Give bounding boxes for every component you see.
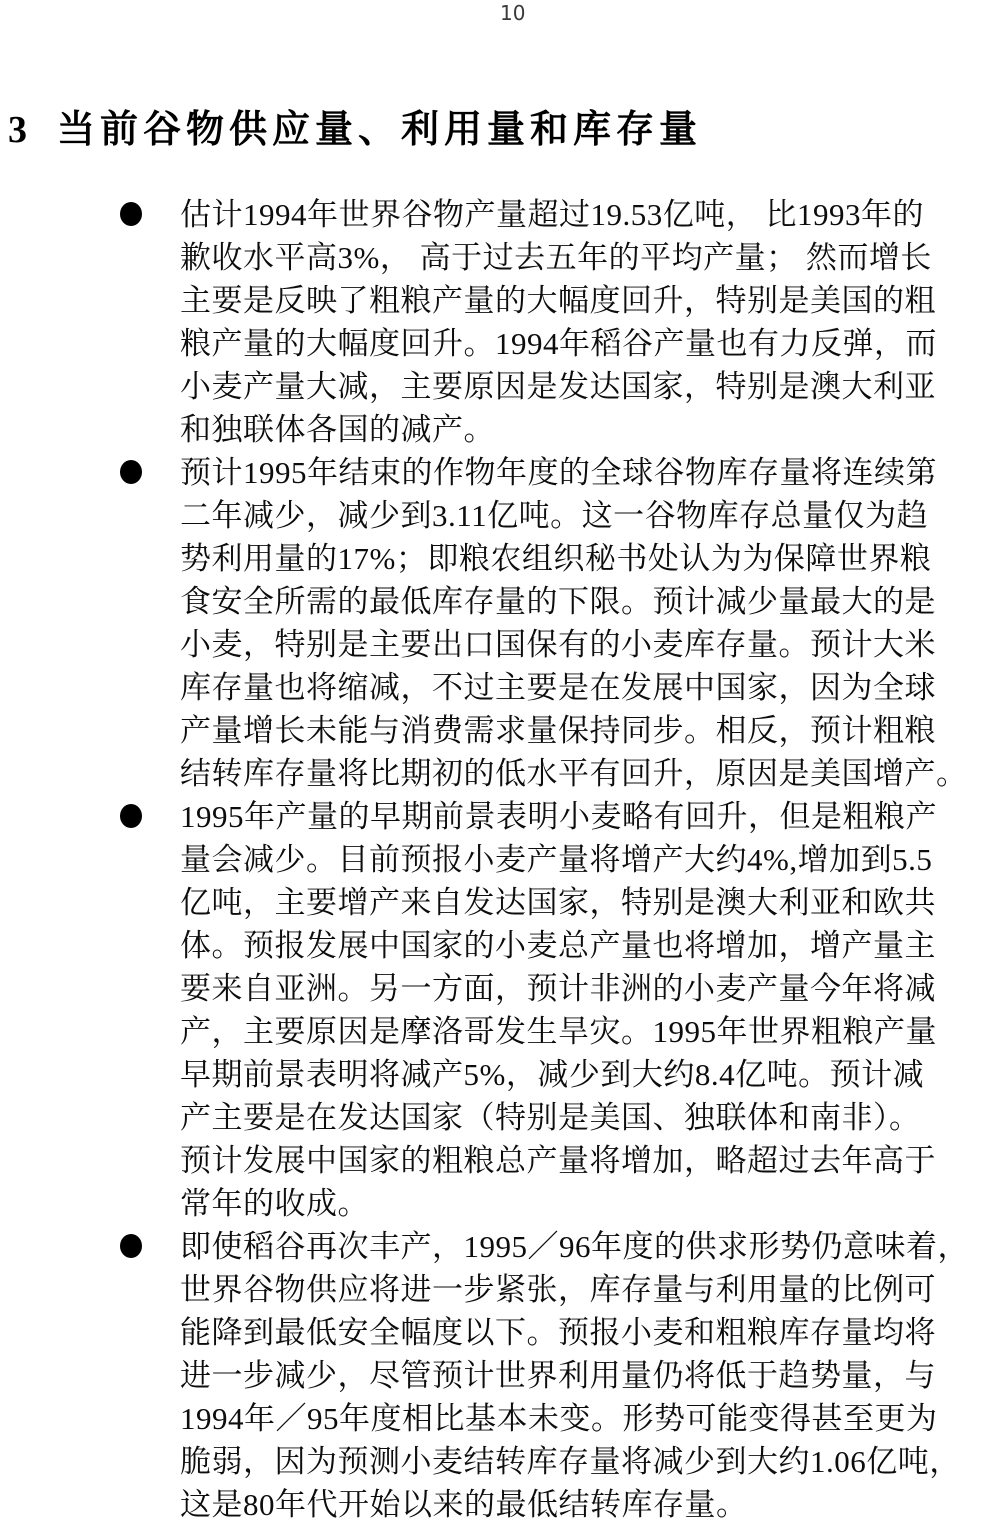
bullet-line: 进一步减少，尽管预计世界利用量仍将低于趋势量，与 [180,1354,980,1397]
bullet-line: 小麦产量大减，主要原因是发达国家，特别是澳大利亚 [180,365,980,408]
bullet-line: 1995年产量的早期前景表明小麦略有回升，但是粗粮产 [180,795,980,838]
bullet-line: 产量增长未能与消费需求量保持同步。相反，预计粗粮 [180,709,980,752]
bullet-line: 量会减少。目前预报小麦产量将增产大约4%,增加到5.5 [180,838,980,881]
bullet-line: 歉收水平高3%， 高于过去五年的平均产量； 然而增长 [180,236,980,279]
bullet-line: 食安全所需的最低库存量的下限。预计减少量最大的是 [180,580,980,623]
bullet-line: 小麦，特别是主要出口国保有的小麦库存量。预计大米 [180,623,980,666]
bullet-line: 能降到最低安全幅度以下。预报小麦和粗粮库存量均将 [180,1311,980,1354]
bullet-line: 估计1994年世界谷物产量超过19.53亿吨， 比1993年的 [180,193,980,236]
bullet-line: 1994年／95年度相比基本未变。形势可能变得甚至更为 [180,1397,980,1440]
bullet-line: 预计发展中国家的粗粮总产量将增加，略超过去年高于 [180,1139,980,1182]
bullet-text: 预计1995年结束的作物年度的全球谷物库存量将连续第 二年减少，减少到3.11亿… [180,451,980,795]
bullet-item: 1995年产量的早期前景表明小麦略有回升，但是粗粮产 量会减少。目前预报小麦产量… [180,795,980,1225]
bullet-dot-icon [120,202,142,226]
section-number: 3 [8,108,27,152]
bullet-text: 即使稻谷再次丰产，1995／96年度的供求形势仍意味着， 世界谷物供应将进一步紧… [180,1225,980,1526]
bullet-line: 二年减少，减少到3.11亿吨。这一谷物库存总量仅为趋 [180,494,980,537]
bullet-text: 估计1994年世界谷物产量超过19.53亿吨， 比1993年的 歉收水平高3%，… [180,193,980,451]
bullet-item: 预计1995年结束的作物年度的全球谷物库存量将连续第 二年减少，减少到3.11亿… [180,451,980,795]
bullet-line: 即使稻谷再次丰产，1995／96年度的供求形势仍意味着， [180,1225,980,1268]
bullet-line: 预计1995年结束的作物年度的全球谷物库存量将连续第 [180,451,980,494]
bullet-line: 库存量也将缩减，不过主要是在发展中国家，因为全球 [180,666,980,709]
section-heading: 3当前谷物供应量、利用量和库存量 [8,98,702,153]
bullet-line: 粮产量的大幅度回升。1994年稻谷产量也有力反弹，而 [180,322,980,365]
bullet-line: 产，主要原因是摩洛哥发生旱灾。1995年世界粗粮产量 [180,1010,980,1053]
bullet-dot-icon [120,460,142,484]
bullet-line: 世界谷物供应将进一步紧张，库存量与利用量的比例可 [180,1268,980,1311]
bullet-line: 体。预报发展中国家的小麦总产量也将增加，增产量主 [180,924,980,967]
bullet-line: 结转库存量将比期初的低水平有回升，原因是美国增产。 [180,752,980,795]
bullet-line: 产主要是在发达国家（特别是美国、独联体和南非）。 [180,1096,980,1139]
bullet-text: 1995年产量的早期前景表明小麦略有回升，但是粗粮产 量会减少。目前预报小麦产量… [180,795,980,1225]
bullet-dot-icon [120,1234,142,1258]
document-page: 10 3当前谷物供应量、利用量和库存量 估计1994年世界谷物产量超过19.53… [0,0,1000,1530]
bullet-line: 这是80年代开始以来的最低结转库存量。 [180,1483,980,1526]
bullet-line: 亿吨，主要增产来自发达国家，特别是澳大利亚和欧共 [180,881,980,924]
bullet-line: 常年的收成。 [180,1182,980,1225]
bullet-item: 估计1994年世界谷物产量超过19.53亿吨， 比1993年的 歉收水平高3%，… [180,193,980,451]
bullet-line: 和独联体各国的减产。 [180,408,980,451]
bullet-line: 脆弱，因为预测小麦结转库存量将减少到大约1.06亿吨， [180,1440,980,1483]
bullet-line: 主要是反映了粗粮产量的大幅度回升，特别是美国的粗 [180,279,980,322]
bullet-line: 势利用量的17%；即粮农组织秘书处认为为保障世界粮 [180,537,980,580]
bullet-line: 要来自亚洲。另一方面，预计非洲的小麦产量今年将减 [180,967,980,1010]
bullet-line: 早期前景表明将减产5%，减少到大约8.4亿吨。预计减 [180,1053,980,1096]
bullet-list: 估计1994年世界谷物产量超过19.53亿吨， 比1993年的 歉收水平高3%，… [180,193,980,1526]
page-number: 10 [500,1,525,25]
section-title: 当前谷物供应量、利用量和库存量 [57,109,702,151]
bullet-dot-icon [120,804,142,828]
bullet-item: 即使稻谷再次丰产，1995／96年度的供求形势仍意味着， 世界谷物供应将进一步紧… [180,1225,980,1526]
